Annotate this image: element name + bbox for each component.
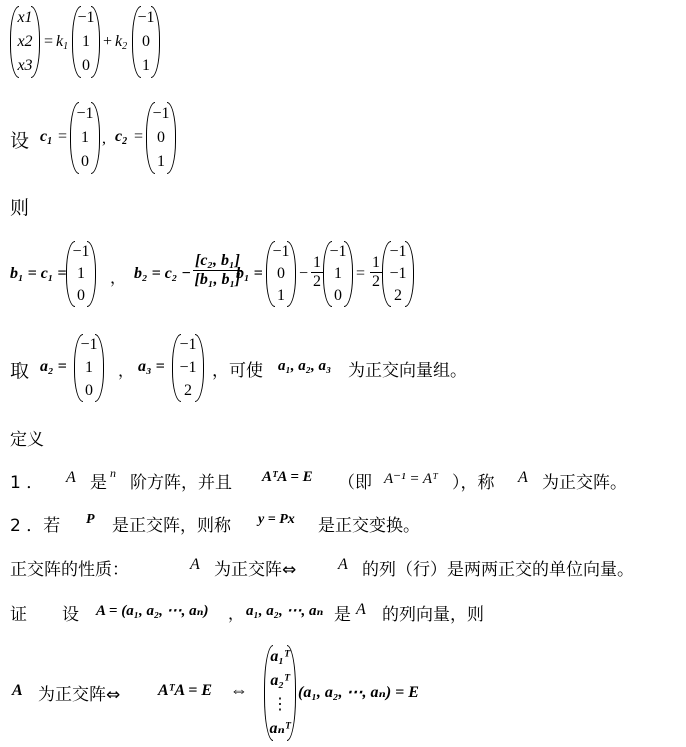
separator: ， — [118, 358, 134, 381]
inverse-condition: A⁻¹ = Aᵀ — [384, 469, 438, 488]
equals-sign: = — [356, 265, 365, 283]
vector-entry: −1 — [137, 10, 154, 26]
inner-product-fraction: [c₂, b₁] [b₁, b₁] — [193, 252, 242, 289]
vector-entry: 1 — [85, 360, 93, 376]
vector-entry: −1 — [389, 244, 406, 260]
vector-entry: −1 — [272, 244, 289, 260]
set-label: 设 — [10, 126, 29, 153]
basis-vector-1: −1 1 0 — [72, 6, 100, 78]
orthogonal-condition: AᵀA = E — [262, 469, 313, 486]
vector-entry: −1 — [389, 266, 406, 282]
transpose-column: a₁ᵀ a₂ᵀ ⋮ aₙᵀ — [264, 645, 296, 741]
vector-entry: 0 — [77, 288, 85, 304]
c1-vector: −1 1 0 — [70, 102, 100, 174]
matrix-P: P — [86, 512, 95, 528]
fraction-denominator: [b₁, b₁] — [195, 271, 241, 289]
equals-sign: = — [44, 33, 53, 51]
matrix-A: A — [338, 556, 348, 574]
text: 阶方阵，并且 — [130, 468, 232, 493]
vector-entry: ⋮ — [272, 697, 288, 713]
text: 是 — [90, 468, 107, 493]
vector-entry: a₂ᵀ — [270, 673, 289, 689]
basis-vector-2: −1 0 1 — [132, 6, 160, 78]
vector-entry: −1 — [80, 337, 97, 353]
vector-entry: 1 — [81, 130, 89, 146]
vector-entry: 0 — [334, 288, 342, 304]
c2-vector: −1 0 1 — [146, 102, 176, 174]
vector-entry: 1 — [142, 58, 150, 74]
b1-expression: b₁ = c₁ = — [10, 265, 67, 283]
vector-entry: x1 — [17, 10, 32, 26]
vector-entry: −1 — [152, 106, 169, 122]
text: 为正交阵⇔ — [214, 555, 296, 580]
text: 为正交阵。 — [542, 468, 627, 493]
b1-times: b₁ = — [236, 265, 263, 283]
a3-expression: a₃ = — [138, 358, 165, 376]
text: 为正交阵⇔ — [38, 680, 120, 705]
orthogonal-condition: AᵀA = E — [158, 682, 212, 700]
a3-vector: −1 −1 2 — [172, 334, 204, 402]
proof-label: 证 — [10, 600, 27, 625]
vector-entry: 2 — [184, 383, 192, 399]
text: ），称 — [452, 468, 495, 493]
item-number: 2 ．若 — [10, 511, 60, 536]
coefficient-k2: k2 — [115, 33, 127, 52]
c2-vector-expanded: −1 0 1 — [266, 241, 296, 307]
vector-entry: 1 — [334, 266, 342, 282]
vector-entry: −1 — [72, 244, 89, 260]
row-product: (a₁, a₂, ⋯, aₙ) = E — [298, 682, 419, 702]
take-label: 取 — [10, 356, 29, 383]
orthogonal-vars: a₁, a₂, a₃ — [278, 358, 331, 375]
vector-entry: 0 — [157, 130, 165, 146]
half-fraction: 1 2 — [370, 254, 382, 291]
vector-entry: 1 — [82, 34, 90, 50]
text: 是正交阵，则称 — [112, 511, 231, 536]
vector-entry: −1 — [76, 106, 93, 122]
property-label: 正交阵的性质： — [10, 555, 129, 580]
vector-entry: aₙᵀ — [269, 721, 290, 737]
vector-entry: −1 — [329, 244, 346, 260]
text: （即 — [338, 468, 372, 493]
vector-entry: 0 — [82, 58, 90, 74]
x-vector: x1 x2 x3 — [10, 6, 40, 78]
matrix-A: A — [190, 556, 200, 574]
vector-entry: 0 — [142, 34, 150, 50]
transform-expression: y = Px — [258, 512, 295, 528]
c1-label: c1 — [40, 128, 52, 147]
n-variable: n — [110, 466, 116, 481]
text: 的列向量，则 — [382, 600, 484, 625]
fraction-numerator: [c₂, b₁] — [193, 252, 242, 271]
vector-entry: 0 — [85, 383, 93, 399]
matrix-A: A — [12, 682, 23, 700]
plus-sign: + — [103, 33, 112, 51]
fraction-numerator: 1 — [370, 254, 382, 273]
fraction-denominator: 2 — [313, 273, 321, 291]
definition-title: 定义 — [10, 425, 44, 450]
vector-entry: 1 — [277, 288, 285, 304]
vector-entry: 1 — [77, 266, 85, 282]
separator: ， — [228, 601, 244, 624]
text: 是正交变换。 — [318, 511, 420, 536]
matrix-A: A — [356, 601, 366, 619]
matrix-A: A — [66, 469, 76, 487]
c2-label: c2 — [115, 128, 127, 147]
fraction-denominator: 2 — [372, 273, 380, 291]
item-number: 1 ． — [10, 468, 43, 493]
column-vectors: a₁, a₂, ⋯, aₙ — [246, 601, 323, 620]
b1-vector-expanded: −1 1 0 — [323, 241, 353, 307]
then-label: 则 — [10, 193, 29, 220]
text: 是 — [334, 600, 351, 625]
vector-entry: 0 — [277, 266, 285, 282]
vector-entry: x2 — [17, 34, 32, 50]
orthogonal-suffix: 为正交向量组。 — [348, 356, 467, 381]
fraction-numerator: 1 — [311, 254, 323, 273]
a2-expression: a₂ = — [40, 358, 67, 376]
vector-entry: 0 — [81, 154, 89, 170]
coefficient-k1: k1 — [56, 33, 68, 52]
vector-entry: −1 — [179, 360, 196, 376]
vector-entry: 1 — [157, 154, 165, 170]
matrix-A: A — [518, 469, 528, 487]
half-fraction: 1 2 — [311, 254, 323, 291]
vector-entry: −1 — [77, 10, 94, 26]
vector-entry: −1 — [179, 337, 196, 353]
comma: , — [102, 130, 106, 148]
b2-result-vector: −1 −1 2 — [382, 241, 414, 307]
column-decomposition: A = (a₁, a₂, ⋯, aₙ) — [96, 601, 209, 620]
separator: ， — [110, 265, 126, 288]
vector-entry: a₁ᵀ — [270, 649, 289, 665]
b1-vector: −1 1 0 — [66, 241, 96, 307]
orthogonal-prefix: ，可使 — [212, 356, 263, 381]
iff-symbol: ⇔ — [230, 680, 248, 701]
b2-expression: b₂ = c₂ − — [134, 265, 191, 283]
text: 设 — [62, 600, 79, 625]
vector-entry: x3 — [17, 58, 32, 74]
a2-vector: −1 1 0 — [74, 334, 104, 402]
vector-entry: 2 — [394, 288, 402, 304]
text: 的列（行）是两两正交的单位向量。 — [362, 555, 634, 580]
